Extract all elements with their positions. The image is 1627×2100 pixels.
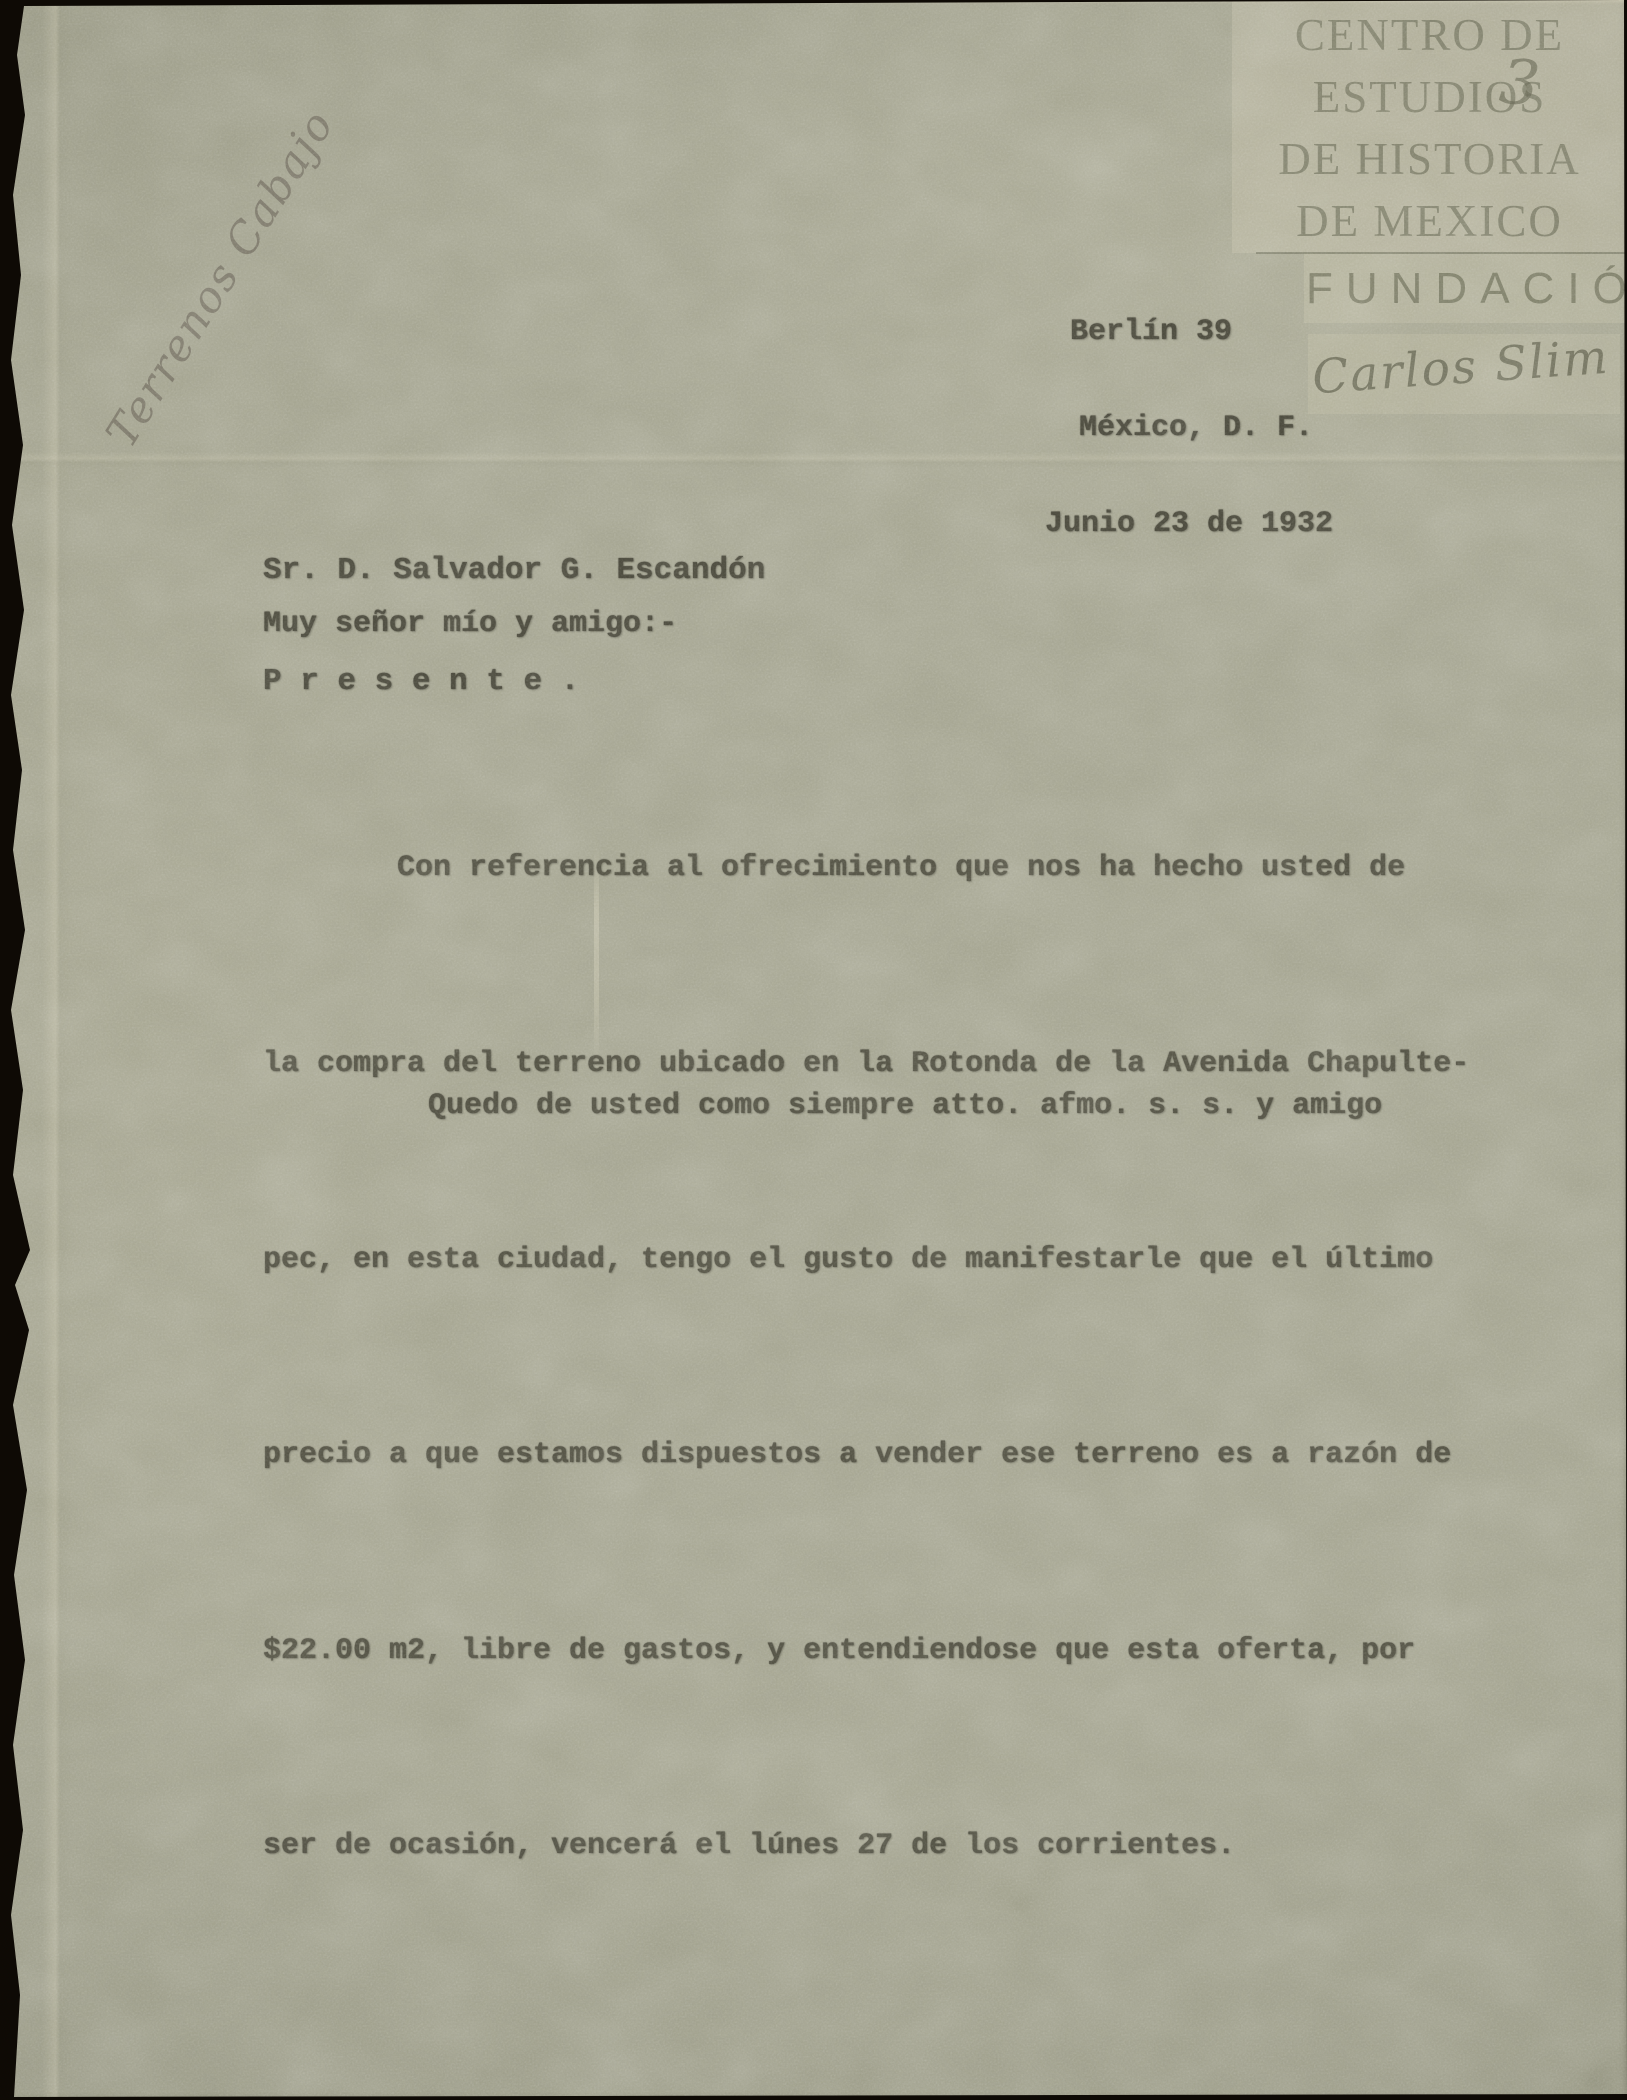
- left-fold-crease: [42, 0, 72, 2100]
- body-line: $22.00 m2, libre de gastos, y entendiend…: [263, 1619, 1469, 1684]
- archive-stamp-line: CENTRO DE: [1232, 4, 1627, 66]
- handwritten-margin-note: Terrenos Cabajo: [97, 101, 345, 456]
- letterhead-city: México, D. F.: [1079, 412, 1333, 444]
- body-line: Con referencia al ofrecimiento que nos h…: [263, 836, 1469, 901]
- archive-stamp-foundation-label: FUNDACIÓN: [1306, 264, 1627, 314]
- body-line: la compra del terreno ubicado en la Roto…: [263, 1032, 1469, 1097]
- archive-stamp-title: CENTRO DE ESTUDIOS DE HISTORIA DE MEXICO: [1232, 4, 1627, 252]
- salutation-line: Muy señor mío y amigo:-: [263, 607, 677, 641]
- letter-paper: CENTRO DE ESTUDIOS DE HISTORIA DE MEXICO…: [0, 0, 1627, 2100]
- body-line: ser de ocasión, vencerá el lúnes 27 de l…: [263, 1814, 1469, 1879]
- letterhead-street: Berlín 39: [1070, 316, 1333, 348]
- letterhead-block: Berlín 39 México, D. F. Junio 23 de 1932: [1045, 252, 1333, 604]
- recipient-delivery: P r e s e n t e .: [263, 663, 765, 700]
- handwritten-page-digit: 3: [1496, 44, 1543, 121]
- archive-stamp-line: DE MEXICO: [1232, 190, 1627, 252]
- horizontal-fold-crease: [0, 452, 1627, 468]
- body-line: pec, en esta ciudad, tengo el gusto de m…: [263, 1228, 1469, 1293]
- letterhead-date: Junio 23 de 1932: [1045, 508, 1333, 540]
- archive-stamp-line: DE HISTORIA: [1232, 128, 1627, 190]
- letter-body: Con referencia al ofrecimiento que nos h…: [263, 706, 1469, 2010]
- archive-stamp-line: ESTUDIOS: [1232, 66, 1627, 128]
- scanned-letter-page: CENTRO DE ESTUDIOS DE HISTORIA DE MEXICO…: [0, 0, 1627, 2100]
- closing-line: Quedo de usted como siempre atto. afmo. …: [428, 1089, 1382, 1123]
- recipient-name: Sr. D. Salvador G. Escandón: [263, 552, 765, 589]
- body-line: precio a que estamos dispuestos a vender…: [263, 1423, 1469, 1488]
